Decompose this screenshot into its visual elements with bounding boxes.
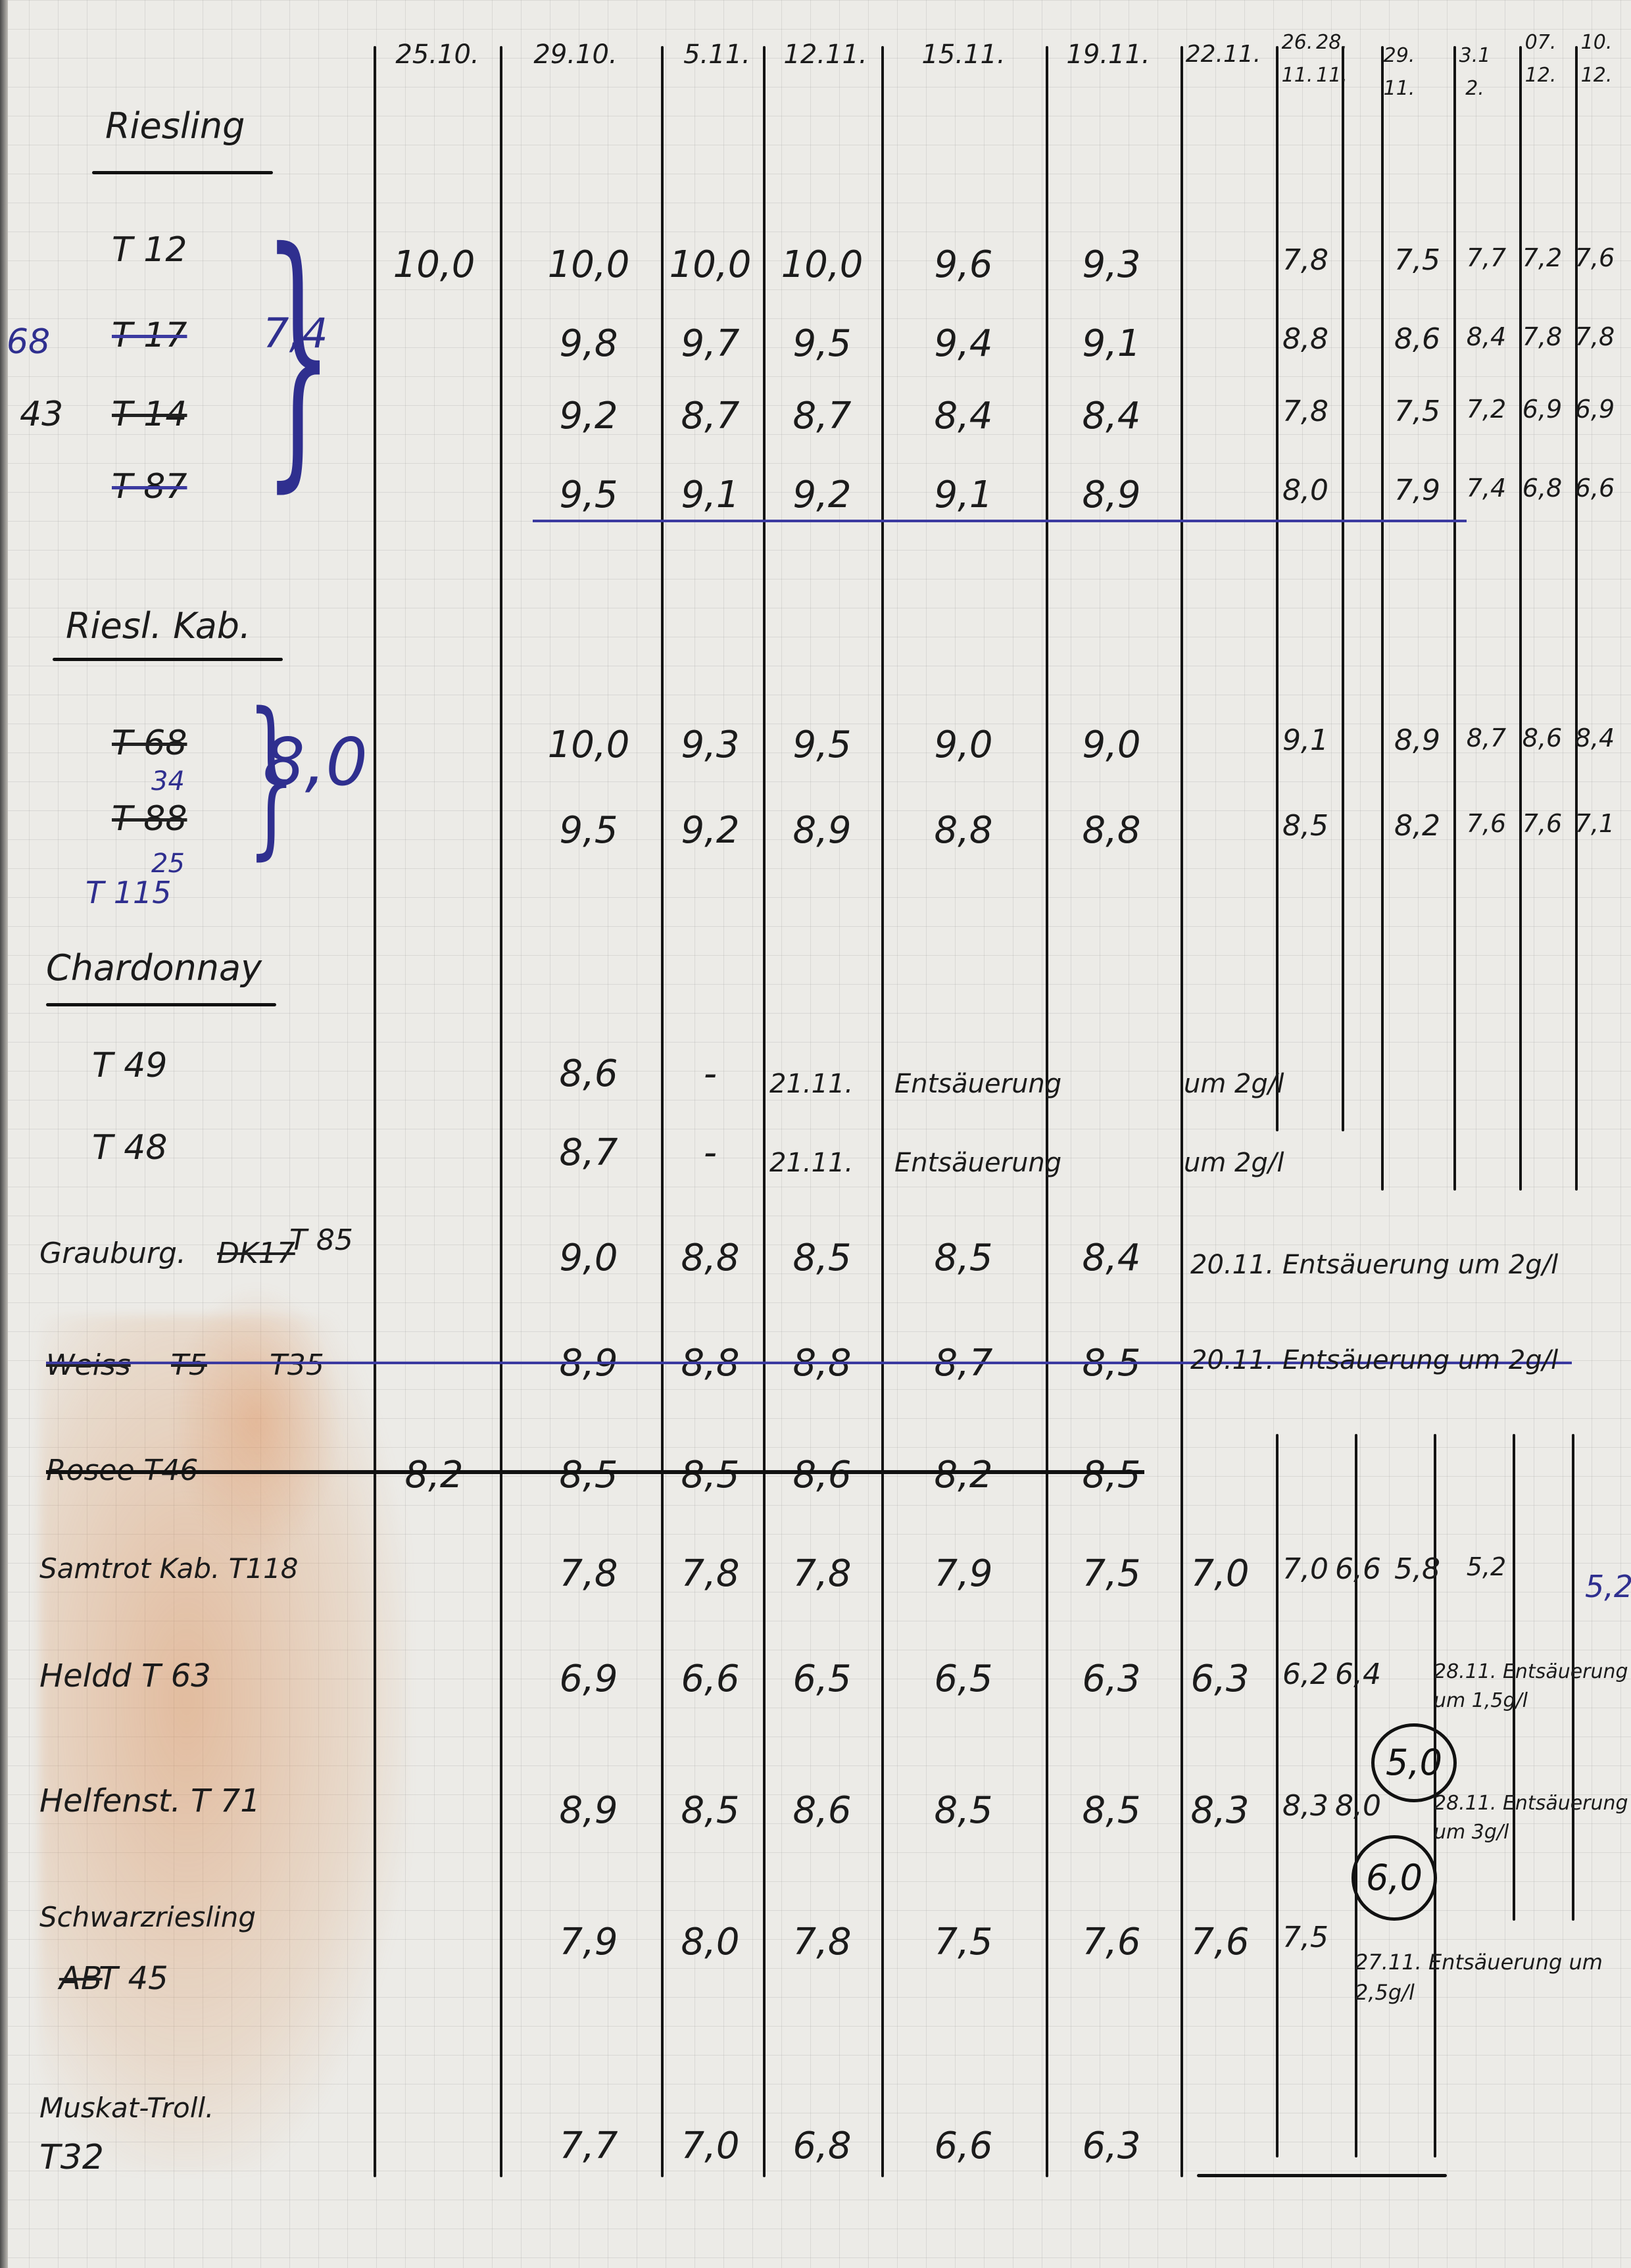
riesl-kab-blend-value: 8,0 — [263, 724, 368, 801]
chardonnay-note-text: Entsäuerung — [894, 1069, 1061, 1099]
heading-underline — [46, 1003, 276, 1006]
weiss-note: 20.11. Entsäuerung um 2g/l — [1190, 1345, 1558, 1375]
value-cell: 8,4 — [1565, 724, 1624, 752]
bottom-rule — [1197, 2174, 1447, 2177]
value-cell: 6,5 — [888, 1658, 1039, 1700]
date-header: 22.11. — [1177, 39, 1269, 70]
value-cell: 8,2 — [375, 1454, 493, 1496]
value-cell: 9,8 — [520, 322, 658, 365]
tank-label: T32 — [39, 2138, 104, 2177]
value-cell: 8,5 — [658, 1454, 763, 1496]
value-cell: 7,2 — [1453, 395, 1519, 424]
value-cell: 7,8 — [1565, 322, 1624, 351]
value-cell: 7,8 — [658, 1552, 763, 1595]
margin-note: 43 — [20, 395, 63, 434]
row-strikethrough — [533, 520, 1467, 522]
riesling-blend-value: 7,4 — [263, 309, 328, 357]
chardonnay-note-text: Entsäuerung — [894, 1148, 1061, 1178]
column-divider — [881, 46, 884, 2177]
date-header: 07.12. — [1522, 26, 1559, 92]
value-cell: 10,0 — [658, 243, 763, 286]
group-heading-riesl-kab: Riesl. Kab. — [66, 605, 251, 647]
column-divider — [1453, 46, 1456, 1191]
value-cell: 7,8 — [763, 1921, 881, 1963]
row-label: Heldd T 63 — [39, 1658, 211, 1694]
date-header: 28.11. — [1315, 26, 1348, 92]
grauburg-note: 20.11. Entsäuerung um 2g/l — [1190, 1250, 1558, 1280]
date-header: 10.12. — [1578, 26, 1615, 92]
value-cell: 8,8 — [658, 1237, 763, 1279]
value-cell: 8,5 — [888, 1237, 1039, 1279]
row-label: T 17 — [112, 316, 187, 355]
date-header: 29.10. — [526, 39, 625, 70]
value-cell: 8,5 — [520, 1454, 658, 1496]
value-cell: 8,5 — [658, 1789, 763, 1832]
value-cell: 9,4 — [888, 322, 1039, 365]
column-divider — [661, 46, 664, 2177]
value-cell: 9,7 — [658, 322, 763, 365]
tank-struck: AB — [59, 1960, 103, 1997]
value-cell: 8,9 — [1046, 474, 1177, 516]
value-cell: 8,5 — [1269, 809, 1342, 843]
row-label: Helfenst. T 71 — [39, 1783, 260, 1819]
column-divider — [1519, 46, 1522, 1191]
value-cell: 6,2 — [1269, 1658, 1342, 1691]
value-cell: 9,3 — [1046, 243, 1177, 286]
column-divider — [1381, 46, 1384, 1191]
heading-underline — [53, 658, 283, 661]
value-cell: 10,0 — [763, 243, 881, 286]
tank-struck: T5 — [171, 1348, 207, 1382]
heldd-note: 28.11. Entsäuerung um 1,5g/l — [1434, 1658, 1631, 1715]
date-header: 12.11. — [776, 39, 875, 70]
tank-label: T 85 — [289, 1223, 353, 1257]
helfenst-circled-value: 6,0 — [1351, 1835, 1437, 1921]
value-cell: 7,5 — [1381, 395, 1453, 428]
row-label: T 87 — [112, 467, 187, 506]
value-cell: 6,3 — [1171, 1658, 1269, 1700]
value-cell: 9,2 — [520, 395, 658, 437]
row-label: T 14 — [112, 395, 187, 434]
value-cell: 6,3 — [1046, 1658, 1177, 1700]
value-cell: 9,2 — [658, 809, 763, 852]
value-cell: 10,0 — [375, 243, 493, 286]
value-cell: 6,6 — [888, 2125, 1039, 2167]
value-cell: 6,6 — [1565, 474, 1624, 503]
value-cell: 8,7 — [520, 1131, 658, 1174]
value-cell: - — [658, 1131, 763, 1174]
value-cell: 9,1 — [888, 474, 1039, 516]
row-label: Schwarzriesling — [39, 1901, 256, 1933]
value-cell: 8,5 — [763, 1237, 881, 1279]
value-cell: 9,5 — [763, 724, 881, 766]
value-cell: 8,6 — [1381, 322, 1453, 356]
value-cell: 8,6 — [763, 1454, 881, 1496]
column-divider — [763, 46, 766, 2177]
value-cell: 8,9 — [763, 809, 881, 852]
alt-tank-number: 34 — [151, 766, 185, 797]
value-cell: 8,6 — [520, 1052, 658, 1095]
value-cell: 7,6 — [1046, 1921, 1177, 1963]
value-cell: 7,8 — [763, 1552, 881, 1595]
date-header: 15.11. — [914, 39, 1013, 70]
value-cell: 7,8 — [1513, 322, 1572, 351]
date-header: 5.11. — [668, 39, 766, 70]
column-divider — [374, 46, 376, 2177]
row-label: T 68 — [112, 724, 187, 763]
value-cell: 7,6 — [1565, 243, 1624, 272]
value-cell: 9,1 — [1269, 724, 1342, 757]
value-cell: 7,5 — [888, 1921, 1039, 1963]
value-cell: 7,6 — [1171, 1921, 1269, 1963]
value-cell: 6,5 — [763, 1658, 881, 1700]
helfenst-note: 28.11. Entsäuerung um 3g/l — [1434, 1789, 1631, 1847]
row-label: T 49 — [92, 1046, 167, 1085]
value-cell: 7,8 — [520, 1552, 658, 1595]
value-cell: 8,4 — [1453, 322, 1519, 351]
row-label: T 48 — [92, 1128, 167, 1168]
rust-stain — [171, 1283, 342, 1559]
value-cell: 9,5 — [763, 322, 881, 365]
value-cell: 6,9 — [1513, 395, 1572, 424]
value-cell: 8,0 — [1335, 1789, 1381, 1823]
value-cell: 7,2 — [1513, 243, 1572, 272]
value-cell: 8,8 — [1046, 809, 1177, 852]
date-header: 26.11. — [1279, 26, 1315, 92]
value-cell: 8,3 — [1269, 1789, 1342, 1823]
value-cell: 7,5 — [1381, 243, 1453, 277]
value-cell: 6,9 — [1565, 395, 1624, 424]
new-tank-label: T 115 — [85, 875, 172, 910]
value-cell: 8,6 — [763, 1789, 881, 1832]
column-divider — [1575, 46, 1578, 1191]
value-cell: 6,6 — [1335, 1552, 1381, 1586]
value-cell: 9,3 — [658, 724, 763, 766]
value-cell: 7,6 — [1453, 809, 1519, 838]
value-cell: 8,2 — [888, 1454, 1039, 1496]
date-header: 25.10. — [388, 39, 487, 70]
date-header: 29.11. — [1381, 39, 1417, 105]
value-cell: 7,9 — [888, 1552, 1039, 1595]
value-cell: 9,5 — [520, 809, 658, 852]
column-divider — [1342, 46, 1344, 1131]
value-cell: 9,1 — [1046, 322, 1177, 365]
value-cell: 8,9 — [1381, 724, 1453, 757]
date-header: 3.12. — [1457, 39, 1493, 105]
value-cell: 9,5 — [520, 474, 658, 516]
value-cell: 7,7 — [520, 2125, 658, 2167]
value-cell: - — [658, 1052, 763, 1095]
chardonnay-note-date: 21.11. — [769, 1069, 853, 1099]
margin-note: 68 — [7, 322, 50, 362]
samtrot-blue-value: 5,2 — [1585, 1569, 1631, 1604]
value-cell: 8,8 — [888, 809, 1039, 852]
value-cell: 8,5 — [1046, 1789, 1177, 1832]
value-cell: 8,5 — [1046, 1454, 1177, 1496]
notebook-page: 25.10. 29.10. 5.11. 12.11. 15.11. 19.11.… — [0, 0, 1631, 2268]
value-cell: 8,8 — [1269, 322, 1342, 356]
value-cell: 6,8 — [763, 2125, 881, 2167]
value-cell: 6,8 — [1513, 474, 1572, 503]
tank-struck: DK17 — [217, 1237, 295, 1270]
value-cell: 8,7 — [1453, 724, 1519, 752]
value-cell: 9,6 — [888, 243, 1039, 286]
value-cell: 7,0 — [1269, 1552, 1342, 1586]
value-cell: 7,7 — [1453, 243, 1519, 272]
date-header: 19.11. — [1059, 39, 1157, 70]
value-cell: 9,0 — [888, 724, 1039, 766]
value-cell: 5,2 — [1453, 1552, 1519, 1581]
value-cell: 7,5 — [1046, 1552, 1177, 1595]
value-cell: 7,0 — [1171, 1552, 1269, 1595]
row-label: T 12 — [112, 230, 187, 270]
column-divider — [500, 46, 502, 2177]
chardonnay-note-date: 21.11. — [769, 1148, 853, 1178]
value-cell: 7,4 — [1453, 474, 1519, 503]
row-strikethrough — [46, 1470, 1144, 1474]
row-label: Grauburg. — [39, 1237, 186, 1270]
value-cell: 6,6 — [658, 1658, 763, 1700]
value-cell: 8,7 — [658, 395, 763, 437]
schwarzriesling-note: 27.11. Entsäuerung um 2,5g/l — [1355, 1947, 1618, 2008]
chardonnay-note-amount: um 2g/l — [1184, 1148, 1284, 1178]
value-cell: 9,0 — [1046, 724, 1177, 766]
tank-label: T35 — [270, 1348, 324, 1382]
value-cell: 8,7 — [763, 395, 881, 437]
value-cell: 8,9 — [520, 1789, 658, 1832]
row-label: T 88 — [112, 799, 187, 839]
group-heading-chardonnay: Chardonnay — [46, 947, 262, 989]
value-cell: 8,2 — [1381, 809, 1453, 843]
row-label: Weiss — [46, 1348, 131, 1382]
value-cell: 10,0 — [520, 243, 658, 286]
value-cell: 7,1 — [1565, 809, 1624, 838]
value-cell: 7,5 — [1269, 1921, 1342, 1954]
value-cell: 7,8 — [1269, 243, 1342, 277]
column-divider — [1181, 46, 1183, 2177]
value-cell: 5,8 — [1381, 1552, 1453, 1586]
value-cell: 8,5 — [888, 1789, 1039, 1832]
value-cell: 8,4 — [1046, 395, 1177, 437]
heading-underline — [92, 171, 273, 174]
value-cell: 7,9 — [1381, 474, 1453, 507]
value-cell: 7,8 — [1269, 395, 1342, 428]
value-cell: 9,0 — [520, 1237, 658, 1279]
value-cell: 7,9 — [520, 1921, 658, 1963]
value-cell: 8,3 — [1171, 1789, 1269, 1832]
column-divider — [1046, 46, 1048, 2177]
value-cell: 8,4 — [888, 395, 1039, 437]
value-cell: 8,4 — [1046, 1237, 1177, 1279]
tank-label: T 45 — [99, 1960, 168, 1997]
value-cell: 8,6 — [1513, 724, 1572, 752]
value-cell: 6,4 — [1335, 1658, 1381, 1691]
value-cell: 9,2 — [763, 474, 881, 516]
value-cell: 7,6 — [1513, 809, 1572, 838]
row-label: Muskat-Troll. — [39, 2092, 214, 2124]
column-divider — [1276, 46, 1278, 1131]
chardonnay-note-amount: um 2g/l — [1184, 1069, 1284, 1099]
value-cell: 8,0 — [1269, 474, 1342, 507]
value-cell: 7,0 — [658, 2125, 763, 2167]
value-cell: 6,9 — [520, 1658, 658, 1700]
value-cell: 9,1 — [658, 474, 763, 516]
value-cell: 6,3 — [1046, 2125, 1177, 2167]
group-heading-riesling: Riesling — [105, 105, 245, 147]
value-cell: 8,0 — [658, 1921, 763, 1963]
value-cell: 10,0 — [520, 724, 658, 766]
row-label: Samtrot Kab. T118 — [39, 1552, 299, 1585]
